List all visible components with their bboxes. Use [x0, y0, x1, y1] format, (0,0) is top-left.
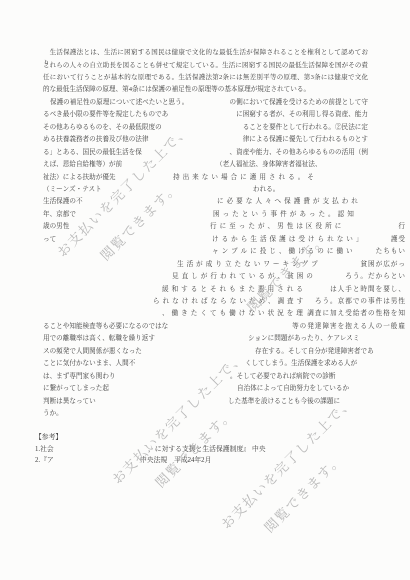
text-fragment-middle: 、働きたくても働けない状況を理: [162, 308, 306, 319]
text-fragment-middle: ションに問題があったり、ケアレスミ: [248, 333, 359, 344]
scanned-document-page: 生活保護法とは、生活に困窮する国民は健康で文化的な最低生活が保障されることを権利…: [0, 0, 410, 580]
text-fragment-far-right: たちもい: [376, 246, 406, 257]
text-fragment-left: うか。: [43, 408, 63, 419]
text-fragment-left: （ミーンズ・テスト: [43, 184, 102, 195]
text-fragment-middle: 自治体によって自助努力をしているか: [237, 383, 349, 394]
text-line: 生活保護の不に必要な人々へ保護費が支払われ: [43, 196, 406, 208]
text-line: 緩和するとそれもまた悪用されるは人手と時間を要し、: [43, 284, 406, 296]
text-fragment-left: ることや知能検査等も必要になるのではな: [43, 321, 168, 332]
text-line: 用での離職率は高く、転職を繰り返すションに問題があったり、ケアレスミ: [43, 333, 406, 345]
text-fragment-left: る」とある、国民の最低生活を保: [43, 147, 142, 158]
text-fragment-middle: られなければならないため、調査す: [153, 296, 306, 307]
text-fragment-left: は、まず専門家も関わり: [43, 371, 116, 382]
text-fragment-left: 用での離職率は高く、転職を繰り返す: [43, 333, 155, 344]
text-line: 生活が成り立たないワーキングプ貧困が広がっ: [43, 259, 406, 271]
text-line: られなければならないため、調査すろう。京都での事件は男性: [43, 296, 406, 308]
text-line: うか。: [43, 408, 406, 420]
reference-1-lead: 1.社会: [35, 444, 54, 455]
text-fragment-middle: 緩和するとそれもまた悪用される: [162, 284, 306, 295]
text-fragment-middle: に必要な人々へ保護費が支払われ: [217, 196, 361, 207]
text-line: 生活保護法とは、生活に困窮する国民は健康で文化的な最低生活が保障されることを権利…: [43, 47, 368, 59]
reference-2-publisher-date: 中央法規 平成24年2月: [140, 455, 211, 466]
text-fragment-right: の側において保護を受けるための前提として守: [230, 97, 368, 108]
text-fragment-far-right: 貧困が広がっ: [360, 259, 406, 270]
text-line: るべき最小限の要件等を規定したものであに困窮する者が、その利用し得る資産、能力: [43, 109, 406, 121]
text-line: 祉法）による扶助が優先持出来ない場合に適用される。そ: [43, 172, 406, 184]
text-fragment-far-right: 行: [398, 221, 406, 232]
text-line: る」とある、国民の最低生活を保、資産や能力、その他あらゆるものの活用（例: [43, 147, 406, 159]
text-line: これらの人々の自立助長を図ることも併せて規定している。生活に困窮する国民の最低生…: [43, 60, 368, 72]
text-fragment-right: 、資産や能力、その他あらゆるものの活用（例: [230, 147, 368, 158]
reference-1-publisher: 中央: [252, 444, 266, 455]
text-fragment-left: める扶養義務者の扶養及び他の法律: [43, 134, 149, 145]
text-fragment-left: スの頻発で人間関係が悪くなった: [43, 346, 142, 357]
text-fragment-middle: くしてしまう。生活保護を求める人が: [245, 358, 357, 369]
text-fragment-far-right: ろう。だからとい: [345, 271, 406, 282]
text-line: ャンブルに投じ、働けるのに働いたちもい: [43, 246, 406, 258]
text-line: 任において行うことが基本的な原理である。生活保護法第2条には無差別平等の原理、第…: [43, 72, 368, 84]
text-fragment-far-right: 調査に加え受給者の性格を知: [307, 308, 406, 319]
text-line: 保護の補足性の原理について述べたいと思う。の側において保護を受けるための前提とし…: [43, 97, 406, 109]
text-fragment-middle: （老人福祉法、身体障害者福祉法、: [216, 159, 322, 170]
text-fragment-far-right: 護受: [391, 234, 406, 245]
references-heading: 【参考】: [35, 432, 406, 444]
watermark-line2: 閲覧できます。: [255, 411, 386, 542]
reference-1-title: ，に対する支援と生活保護制度』: [148, 444, 250, 455]
text-fragment-middle: 見直しが行われているが、貧困の: [172, 271, 316, 282]
text-fragment-left: 祉法）による扶助が優先: [43, 172, 116, 183]
text-line: 年、京都で困ったという事件があった。認知: [43, 209, 406, 221]
text-line: 歳の男性行に至ったが、男性は区役所に行: [43, 221, 406, 233]
text-line: 、働きたくても働けない状況を理調査に加え受給者の性格を知: [43, 308, 406, 320]
text-fragment-middle: 困ったという事件があった。認知: [213, 209, 357, 220]
text-fragment-left: その他あらゆるものを、その最低限度の: [43, 122, 162, 133]
text-fragment-middle: 持出来ない場合に適用される。そ: [173, 172, 317, 183]
text-fragment-left: るべき最小限の要件等を規定したものであ: [43, 109, 168, 120]
text-fragment-middle: われる。: [253, 184, 279, 195]
text-line: （ミーンズ・テストわれる。: [43, 184, 406, 196]
text-line: スの頻発で人間関係が悪くなった存在する。そして自分が発達障害者であ: [43, 346, 406, 358]
text-fragment-left: 保護の補足性の原理について述べたいと思う。: [50, 97, 188, 108]
text-fragment-middle: けるから生活保護は受けられない」: [212, 234, 366, 245]
text-line: ことに気付かないまま、人間不くしてしまう。生活保護を求める人が: [43, 358, 406, 370]
text-fragment-far-right: 等の発達障害を抱える人の一般雇: [292, 321, 406, 332]
text-fragment-far-right: は人手と時間を要し、: [330, 284, 406, 295]
text-fragment-middle: した基準を設けることも今後の課題に: [228, 396, 340, 407]
text-line: えば、恩給自給権等）が前（老人福祉法、身体障害者福祉法、: [43, 159, 406, 171]
text-line: は、まず専門家も関わり。そして必要であれば病院での診断: [43, 371, 406, 383]
text-fragment-far-right: ろう。京都での事件は男性: [315, 296, 406, 307]
text-line: める扶養義務者の扶養及び他の法律律による保護に優先して行われるものとす: [43, 134, 406, 146]
text-fragment-left: 判断は異なってい: [43, 396, 96, 407]
text-fragment-right: に困窮する者が、その利用し得る資産、能力: [236, 109, 368, 120]
reference-2-lead: 2.『ア: [35, 455, 54, 466]
text-line: に繋がってしまった起自治体によって自助努力をしているか: [43, 383, 406, 395]
text-line: ってけるから生活保護は受けられない」護受: [43, 234, 406, 246]
text-fragment-middle: ャンブルに投じ、働けるのに働い: [212, 246, 356, 257]
text-fragment-middle: 。そして必要であれば病院での診断: [230, 371, 336, 382]
text-line: ることや知能検査等も必要になるのではな等の発達障害を抱える人の一般雇: [43, 321, 406, 333]
text-fragment-middle: 存在する。そして自分が発達障害者であ: [255, 346, 374, 357]
text-line: その他あらゆるものを、その最低限度のることを要件として行われる。②民法に定: [43, 122, 406, 134]
text-fragment-left: えば、恩給自給権等）が前: [43, 159, 122, 170]
text-fragment-middle: 行に至ったが、男性は区役所に: [210, 221, 344, 232]
text-line: 判断は異なっていした基準を設けることも今後の課題に: [43, 396, 406, 408]
text-fragment-left: に繋がってしまった起: [43, 383, 109, 394]
reference-item-2: 2.『ア 中央法規 平成24年2月: [35, 455, 406, 467]
text-fragment-left: 歳の男性: [43, 221, 69, 232]
text-line: 見直しが行われているが、貧困のろう。だからとい: [43, 271, 406, 283]
text-fragment-left: ことに気付かないまま、人間不: [43, 358, 135, 369]
text-fragment-left: って: [43, 234, 56, 245]
text-fragment-right: ることを要件として行われる。②民法に定: [243, 122, 368, 133]
text-fragment-right: 律による保護に優先して行われるものとす: [243, 134, 368, 145]
text-fragment-left: 生活保護の不: [43, 196, 83, 207]
text-line: 的な最低生活保障の原理、第4条には保護の補足性の原理等の基本原理が規定されている…: [43, 84, 406, 96]
text-fragment-left: 年、京都で: [43, 209, 76, 220]
text-fragment-middle: 生活が成り立たないワーキングプ: [177, 259, 321, 270]
